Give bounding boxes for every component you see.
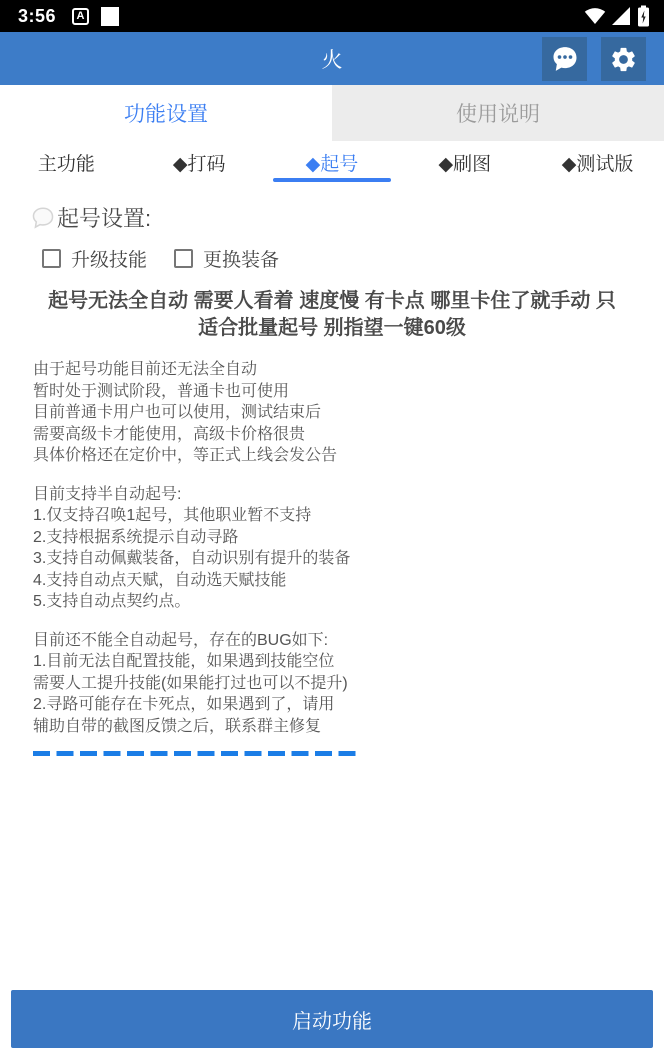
wifi-icon bbox=[584, 7, 606, 25]
section-title: 起号设置: bbox=[57, 202, 151, 233]
tab-function-settings[interactable]: 功能设置 bbox=[0, 85, 332, 141]
subtab-beta[interactable]: ◆测试版 bbox=[531, 141, 664, 184]
dashed-divider bbox=[33, 751, 357, 756]
start-function-button[interactable]: 启动功能 bbox=[11, 990, 653, 1048]
subtab-dungeon-farming[interactable]: ◆刷图 bbox=[398, 141, 531, 184]
subtab-account-leveling[interactable]: ◆起号 bbox=[266, 141, 399, 184]
upgrade-skill-option[interactable]: 升级技能 bbox=[42, 245, 147, 272]
ime-a-icon: A bbox=[72, 8, 89, 25]
swap-equipment-checkbox[interactable] bbox=[174, 249, 193, 268]
subtab-main-function[interactable]: 主功能 bbox=[0, 141, 133, 184]
status-bar-right bbox=[584, 5, 650, 27]
checkbox-row: 升级技能 更换装备 bbox=[42, 245, 664, 272]
notice-paragraph-2: 目前支持半自动起号: 1.仅支持召唤1起号，其他职业暂不支持 2.支持根据系统提… bbox=[33, 484, 644, 613]
app-bar-actions bbox=[542, 37, 646, 81]
main-tab-bar: 功能设置 使用说明 bbox=[0, 85, 664, 141]
upgrade-skill-checkbox[interactable] bbox=[42, 249, 61, 268]
chat-bubble-icon bbox=[550, 44, 580, 74]
app-bar: 火 bbox=[0, 32, 664, 85]
battery-charging-icon bbox=[637, 5, 650, 27]
status-bar: 3:56 A bbox=[0, 0, 664, 32]
sub-tab-bar: 主功能 ◆打码 ◆起号 ◆刷图 ◆测试版 bbox=[0, 141, 664, 184]
notice-paragraph-1: 由于起号功能目前还无法全自动 暂时处于测试阶段，普通卡也可使用 目前普通卡用户也… bbox=[33, 359, 644, 467]
tab-usage-instructions[interactable]: 使用说明 bbox=[332, 85, 664, 141]
warning-text: 起号无法全自动 需要人看着 速度慢 有卡点 哪里卡住了就手动 只 适合批量起号 … bbox=[0, 288, 664, 342]
chat-button[interactable] bbox=[542, 37, 587, 81]
speech-bubble-icon bbox=[30, 205, 56, 231]
settings-panel: 起号设置: 升级技能 更换装备 起号无法全自动 需要人看着 速度慢 有卡点 哪里… bbox=[0, 184, 664, 756]
upgrade-skill-label: 升级技能 bbox=[71, 245, 147, 272]
notification-square-icon bbox=[101, 7, 119, 26]
subtab-captcha[interactable]: ◆打码 bbox=[133, 141, 266, 184]
clock: 3:56 bbox=[18, 6, 56, 27]
gear-icon bbox=[609, 45, 638, 74]
section-title-row: 起号设置: bbox=[30, 202, 664, 233]
app-screen: 3:56 A 火 bbox=[0, 0, 664, 1062]
cellular-signal-icon bbox=[612, 7, 631, 25]
swap-equipment-label: 更换装备 bbox=[203, 245, 279, 272]
swap-equipment-option[interactable]: 更换装备 bbox=[174, 245, 279, 272]
settings-button[interactable] bbox=[601, 37, 646, 81]
notice-paragraph-3: 目前还不能全自动起号，存在的BUG如下: 1.目前无法自配置技能，如果遇到技能空… bbox=[33, 630, 644, 738]
